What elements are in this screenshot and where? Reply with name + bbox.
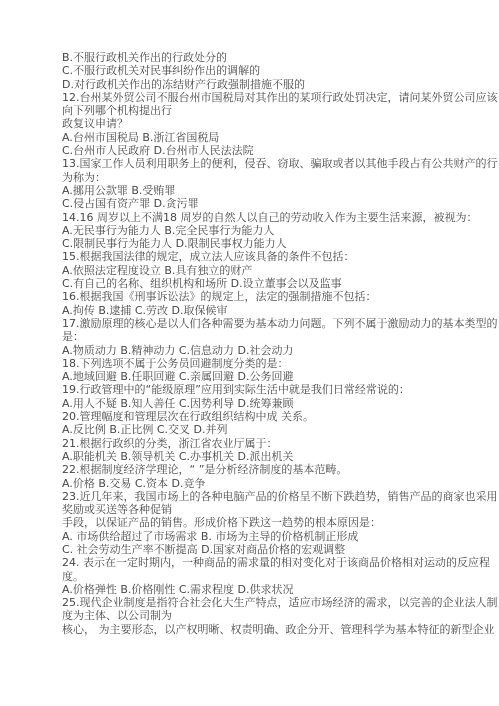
text-line: 21.根据行政织的分类，浙江省农业厅属于： xyxy=(62,437,454,450)
text-line: 度为主体、以公司制为 xyxy=(62,609,454,622)
text-line: A. 市场供给超过了市场需求 B. 市场为主导的价格机制正形成 xyxy=(62,530,454,543)
text-line: 22.根据制度经济学理论，“ ”是分析经济制度的基本范畴。 xyxy=(62,463,454,476)
text-line: 政复议申请？ xyxy=(62,117,454,130)
text-line: A.依照法定程度设立 B.具有独立的财产 xyxy=(62,264,454,277)
text-line: 度。 xyxy=(62,570,454,583)
text-line: 向下列哪个机构提出行 xyxy=(62,104,454,117)
text-line: 是： xyxy=(62,330,454,343)
text-line: 25.现代企业制度是指符合社会化大生产特点，适应市场经济的需求，以完善的企业法人… xyxy=(62,596,454,609)
text-line: A.职能机关 B.领导机关 C.办事机关 D.派出机关 xyxy=(62,450,454,463)
text-line: A.价格 B.交易 C.资本 D.竞争 xyxy=(62,477,454,490)
text-line: C.有自己的名称、组织机构和场所 D.设立董事会以及监事 xyxy=(62,277,454,290)
text-line: 18.下列选项不属于公务员回避制度分类的是： xyxy=(62,357,454,370)
text-line: 19.行政管理中的“能级原理”应用到实际生活中就是我们日常经常说的： xyxy=(62,383,454,396)
text-line: C.限制民事行为能力人 D.限制民事权力能力人 xyxy=(62,237,454,250)
text-line: 15.根据我国法律的规定，成立法人应该具备的条件不包括： xyxy=(62,250,454,263)
text-line: 手段，以保证产品的销售。形成价格下跌这一趋势的根本原因是： xyxy=(62,516,454,529)
text-line: A.无民事行为能力人 B.完全民事行为能力人 xyxy=(62,224,454,237)
text-line: 17.激励原理的核心是以人们各种需要为基本动力问题。下列不属于激励动力的基本类型… xyxy=(62,317,454,330)
text-line: A.拘传 B.逮捕 C.劳改 D.取保候审 xyxy=(62,304,454,317)
text-line: C. 社会劳动生产率不断提高 D.国家对商品价格的宏观调整 xyxy=(62,543,454,556)
text-line: 12.台州某外贸公司不服台州市国税局对其作出的某项行政处罚决定，请问某外贸公司应… xyxy=(62,91,454,104)
text-line: A.台州市国税局 B.浙江省国税局 xyxy=(62,131,454,144)
text-line: C.不服行政机关对民事纠纷作出的调解的 xyxy=(62,64,454,77)
text-line: A.用人不疑 B.知人善任 C.因势利导 D.统筹兼顾 xyxy=(62,397,454,410)
text-line: 核心， 为主要形态，以产权明晰、权责明确、政企分开、管理科学为基本特征的新型企业 xyxy=(62,623,454,636)
text-line: B.不服行政机关作出的行政处分的 xyxy=(62,51,454,64)
text-line: A.挪用公款罪 B.受贿罪 xyxy=(62,184,454,197)
document-page: B.不服行政机关作出的行政处分的 C.不服行政机关对民事纠纷作出的调解的 D.对… xyxy=(0,0,499,706)
text-line: C.台州市人民政府 D.台州市人民法法院 xyxy=(62,144,454,157)
text-line: 16.根据我国《刑事诉讼法》的规定上，法定的强制措施不包括： xyxy=(62,290,454,303)
text-line: 13.国家工作人员利用职务上的便利，侵吞、窃取、骗取或者以其他手段占有公共财产的… xyxy=(62,157,454,170)
question-text-block: B.不服行政机关作出的行政处分的 C.不服行政机关对民事纠纷作出的调解的 D.对… xyxy=(62,51,454,636)
text-line: C.侵占国有资产罪 D.贪污罪 xyxy=(62,197,454,210)
text-line: 14.16 周岁以上不满18 周岁的自然人以自己的劳动收入作为主要生活来源，被视… xyxy=(62,211,454,224)
text-line: 20.管理幅度和管理层次在行政组织结构中成 关系。 xyxy=(62,410,454,423)
text-line: A.地域回避 B.任职回避 C.亲属回避 D.公务回避 xyxy=(62,370,454,383)
text-line: D.对行政机关作出的冻结财产行政强制措施不服的 xyxy=(62,78,454,91)
text-line: 为称为： xyxy=(62,171,454,184)
text-line: A.价格弹性 B.价格刚性 C.需求程度 D.供求状况 xyxy=(62,583,454,596)
text-line: 24. 表示在一定时期内，一种商品的需求量的相对变化对于该商品价格相对运动的反应… xyxy=(62,556,454,569)
text-line: A.物质动力 B.精神动力 C.信息动力 D.社会动力 xyxy=(62,344,454,357)
text-line: 23.近几年来，我国市场上的各种电脑产品的价格呈不断下跌趋势，销售产品的商家也采… xyxy=(62,490,454,503)
text-line: A.反比例 B.正比例 C.交叉 D.并列 xyxy=(62,423,454,436)
text-line: 奖励或买送等各种促销 xyxy=(62,503,454,516)
